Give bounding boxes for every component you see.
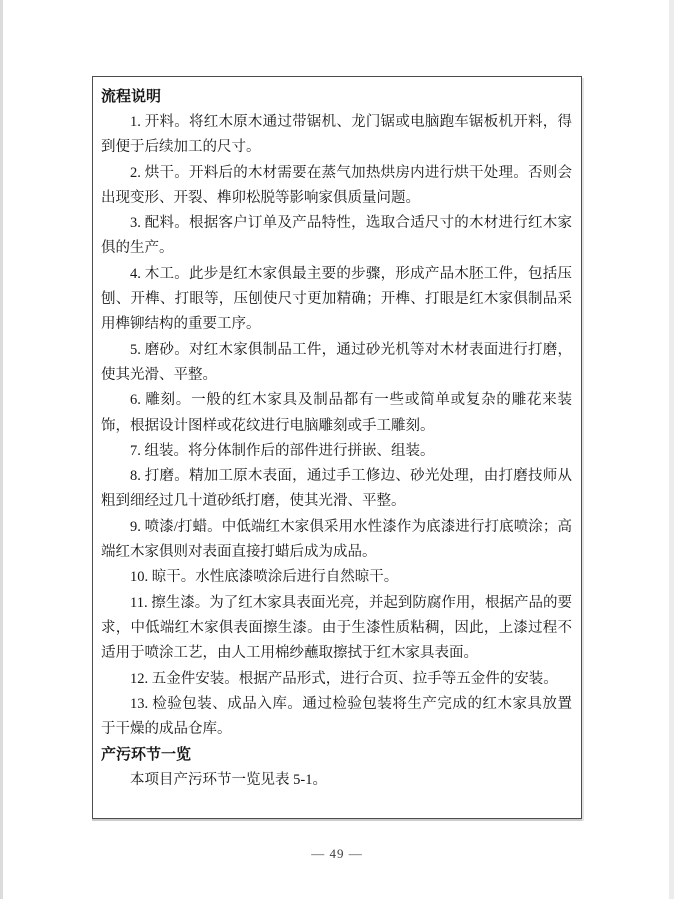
page-left-edge xyxy=(0,0,3,899)
section-title-pollution-overview: 产污环节一览 xyxy=(101,742,572,768)
process-step-13: 13. 检验包装、成品入库。通过检验包装将生产完成的红木家具放置于干燥的成品仓库… xyxy=(101,692,572,743)
process-description-box: 流程说明 1. 开料。将红木原木通过带锯机、龙门锯或电脑跑车锯板机开料，得到便于… xyxy=(92,76,582,819)
process-step-7: 7. 组装。将分体制作后的部件进行拼嵌、组装。 xyxy=(101,439,572,464)
process-step-8: 8. 打磨。精加工原木表面，通过手工修边、砂光处理，由打磨技师从粗到细经过几十道… xyxy=(101,464,572,515)
process-step-9: 9. 喷漆/打蜡。中低端红木家俱采用水性漆作为底漆进行打底喷涂；高端红木家俱则对… xyxy=(101,515,572,566)
process-step-3: 3. 配料。根据客户订单及产品特性，选取合适尺寸的木材进行红木家俱的生产。 xyxy=(101,211,572,262)
process-step-11: 11. 擦生漆。为了红木家具表面光亮，并起到防腐作用，根据产品的要求，中低端红木… xyxy=(101,591,572,667)
document-page: { "colors": { "box_border": "#4d4d4d", "… xyxy=(0,0,674,899)
process-step-10: 10. 晾干。水性底漆喷涂后进行自然晾干。 xyxy=(101,565,572,590)
process-step-1: 1. 开料。将红木原木通过带锯机、龙门锯或电脑跑车锯板机开料，得到便于后续加工的… xyxy=(101,110,572,161)
page-number: — 49 — xyxy=(0,847,674,861)
process-step-2: 2. 烘干。开料后的木材需要在蒸气加热烘房内进行烘干处理。否则会出现变形、开裂、… xyxy=(101,161,572,212)
process-step-4: 4. 木工。此步是红木家俱最主要的步骤，形成产品木胚工件，包括压刨、开榫、打眼等… xyxy=(101,262,572,338)
section-title-process-description: 流程说明 xyxy=(101,84,572,110)
pollution-overview-body: 本项目产污环节一览见表 5-1。 xyxy=(101,768,572,793)
process-step-6: 6. 雕刻。一般的红木家具及制品都有一些或简单或复杂的雕花来装饰，根据设计图样或… xyxy=(101,388,572,439)
process-step-5: 5. 磨砂。对红木家俱制品工件，通过砂光机等对木材表面进行打磨，使其光滑、平整。 xyxy=(101,338,572,389)
page-right-edge xyxy=(669,0,674,899)
process-step-12: 12. 五金件安装。根据产品形式，进行合页、拉手等五金件的安装。 xyxy=(101,667,572,692)
